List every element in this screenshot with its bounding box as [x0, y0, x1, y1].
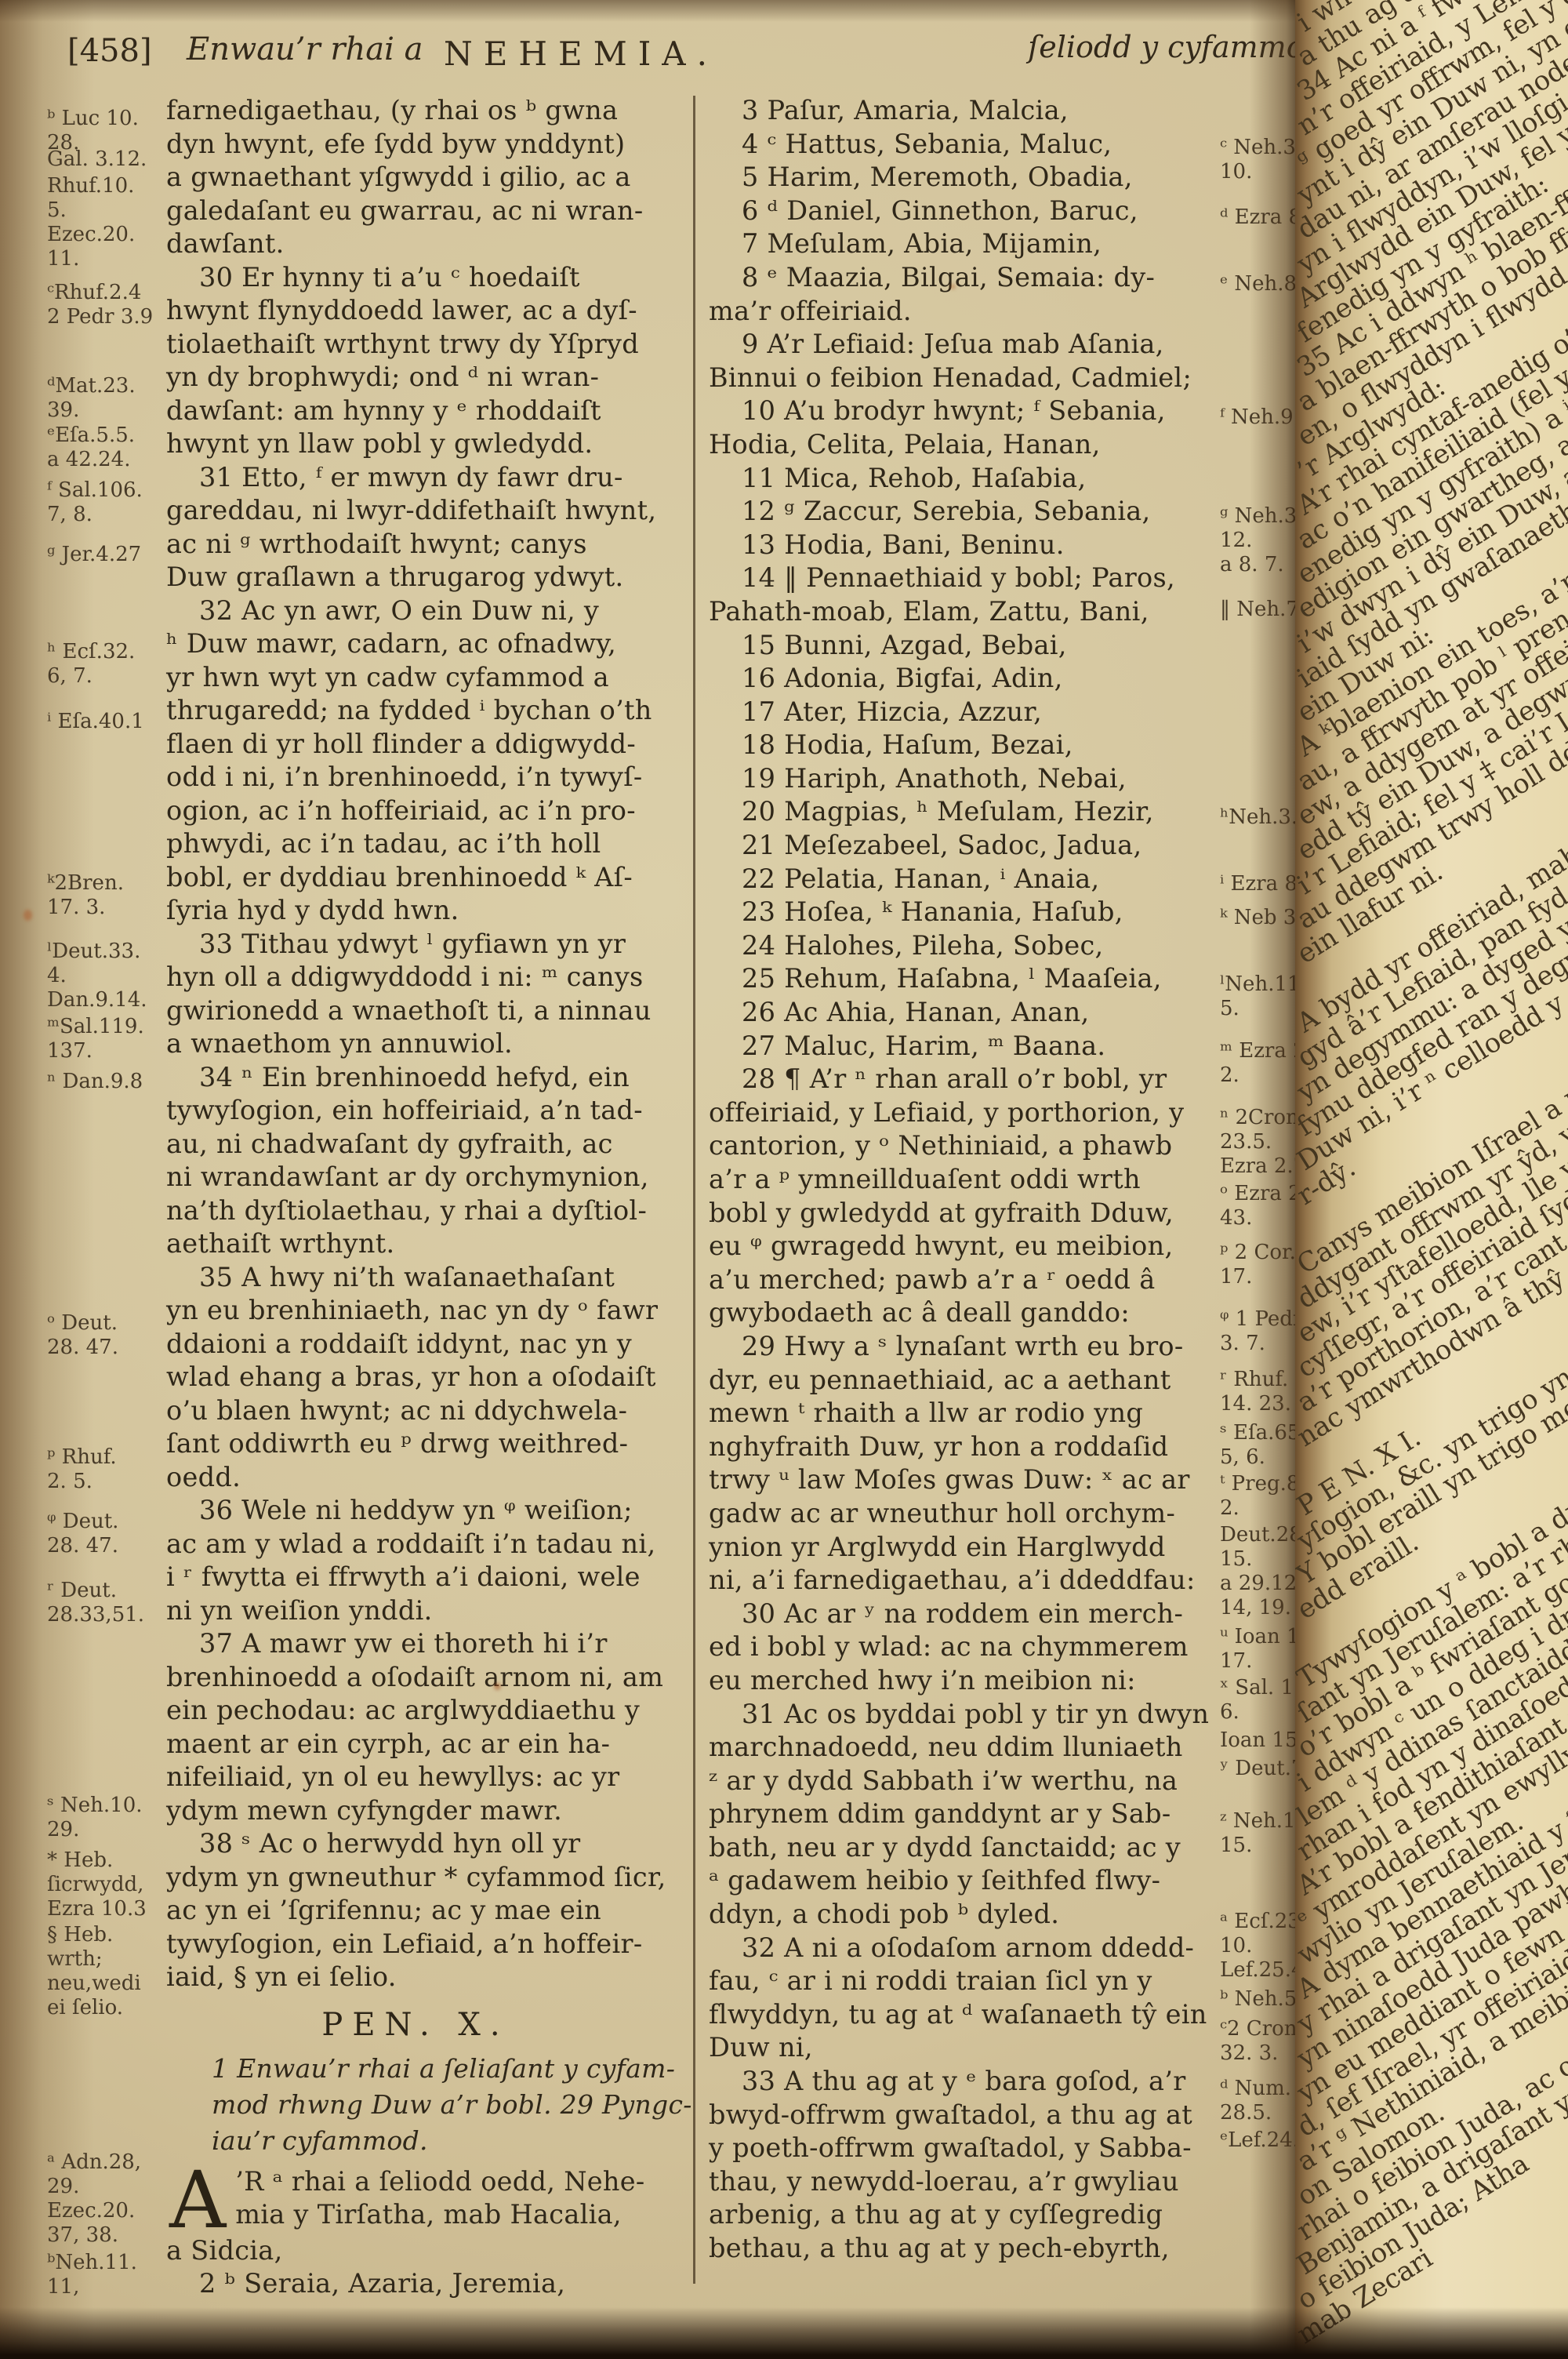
text-line: bwyd-offrwm gwaſtadol, a thu ag at [709, 2099, 1218, 2132]
paper-stain [950, 284, 956, 289]
text-line: 3 Paſur, Amaria, Malcia, [709, 94, 1218, 128]
next-page-curl: i wneuthur * cya thu ag at holl waith tŷ… [1295, 0, 1568, 2359]
chapter-argument: 1 Enwau’r rhai a ſeliaſant y cyfam-mod r… [166, 2051, 696, 2159]
text-line: 17 Ater, Hizcia, Azzur, [709, 696, 1218, 729]
text-line: 21 Meſezabeel, Sadoc, Jadua, [709, 829, 1218, 863]
text-line: maent ar ein cyrph, ac ar ein ha- [166, 1728, 696, 1761]
text-line: trwy ᵘ law Moſes gwas Duw: ˣ ac ar [709, 1463, 1218, 1497]
text-line: 38 ˢ Ac o herwydd hyn oll yr [166, 1827, 696, 1861]
text-line: 15 Bunni, Azgad, Bebai, [709, 629, 1218, 663]
text-line: bobl y gwledydd at gyfraith Dduw, [709, 1197, 1218, 1230]
text-line: bobl, er dyddiau brenhinoedd ᵏ Aſ- [166, 861, 696, 895]
text-line: 33 Tithau ydwyt ˡ gyfiawn yn yr [166, 928, 696, 961]
text-line: ᶻ ar y dydd Sabbath i’w werthu, na [709, 1765, 1218, 1798]
text-line: galedaſant eu gwarrau, ac ni wran- [166, 194, 696, 228]
text-line: na’th dyſtiolaethau, y rhai a dyſtiol- [166, 1194, 696, 1228]
text-line: 30 Ac ar ʸ na roddem ein merch- [709, 1598, 1218, 1631]
margin-note: ʳ Deut. 28.33,51. [47, 1579, 180, 1627]
text-line: 32 Ac yn awr, O ein Duw ni, y [166, 594, 696, 628]
text-line: a gwnaethant yſgwydd i gilio, ac a [166, 161, 696, 194]
margin-note: ˡDeut.33. 4. Dan.9.14. [47, 940, 180, 1012]
margin-note: ᵏ2Bren. 17. 3. [47, 871, 180, 920]
text-line: ac yn ei ’ſgrifennu; ac y mae ein [166, 1894, 696, 1928]
text-line: y poeth-offrwm gwaſtadol, y Sabba- [709, 2132, 1218, 2165]
text-line: offeiriaid, y Lefiaid, y porthorion, y [709, 1096, 1218, 1130]
text-line: 7 Meſulam, Abia, Mijamin, [709, 227, 1218, 261]
scanned-book-spread: [458] Enwau’r rhai a NEHEMIA. ſeliodd y … [0, 0, 1568, 2359]
margin-note: ᵉEſa.5.5. a 42.24. [47, 423, 180, 472]
text-line: 6 ᵈ Daniel, Ginnethon, Baruc, [709, 194, 1218, 228]
text-line: a’r a ᵖ ymneillduaſent oddi wrth [709, 1163, 1218, 1197]
text-line: brenhinoedd a oſodaiſt arnom ni, am [166, 1661, 696, 1695]
text-line: mewn ᵗ rhaith a llw ar rodio yng [709, 1397, 1218, 1430]
drop-cap-lines: ’R ᵃ rhai a ſeliodd oedd, Nehe-mia y Tir… [235, 2165, 644, 2234]
text-line: ’R ᵃ rhai a ſeliodd oedd, Nehe- [235, 2165, 644, 2199]
text-line: 24 Halohes, Pileha, Sobec, [709, 929, 1218, 963]
text-line: 8 ᵉ Maazia, Bilgai, Semaia: dy- [709, 261, 1218, 295]
text-line: ed i bobl y wlad: ac na chymmerem [709, 1630, 1218, 1664]
text-line: 2 ᵇ Seraia, Azaria, Jeremia, [166, 2267, 696, 2301]
page-number: [458] [67, 33, 152, 69]
drop-cap-paragraph: A ’R ᵃ rhai a ſeliodd oedd, Nehe-mia y T… [166, 2165, 696, 2234]
text-line: tywyſogion, ein Lefiaid, a’n hoffeir- [166, 1928, 696, 1961]
text-line: 37 A mawr yw ei thoreth hi i’r [166, 1627, 696, 1661]
left-text-column: farnedigaethau, (y rhai os ᵇ gwnadyn hwy… [166, 94, 696, 2301]
text-line: o’u blaen hwynt; ac ni ddychwela- [166, 1394, 696, 1428]
margin-note: ᵈMat.23. 39. [47, 374, 180, 423]
text-line: nifeiliaid, yn ol eu hewyllys: ac yr [166, 1761, 696, 1794]
text-line: yn dy brophwydi; ond ᵈ ni wran- [166, 361, 696, 394]
text-line: Hodia, Celita, Pelaia, Hanan, [709, 428, 1218, 462]
paper-stain [494, 1683, 501, 1690]
page-crease-shadow [1250, 0, 1295, 2359]
text-line: au, ni chadwaſant dy gyfraith, ac [166, 1128, 696, 1161]
text-line: ma’r offeiriaid. [709, 295, 1218, 329]
argument-line: 1 Enwau’r rhai a ſeliaſant y cyfam- [166, 2051, 696, 2087]
text-line: yn eu brenhiniaeth, nac yn dy ᵒ fawr [166, 1294, 696, 1328]
text-line: 13 Hodia, Bani, Beninu. [709, 529, 1218, 562]
paper-stain [24, 910, 32, 921]
text-line: eu merched hwy i’n meibion ni: [709, 1664, 1218, 1698]
text-line: nghyfraith Duw, yr hon a roddaſid [709, 1430, 1218, 1464]
next-page-text: i wneuthur * cya thu ag at holl waith tŷ… [1300, 8, 1568, 2354]
text-line: 31 Ac os byddai pobl y tir yn dwyn [709, 1698, 1218, 1732]
text-line: dawſant: am hynny y ᵉ rhoddaiſt [166, 394, 696, 428]
text-line: hyn oll a ddigwyddodd i ni: ᵐ canys [166, 961, 696, 994]
text-line: ni wrandawſant ar dy orchymynion, [166, 1161, 696, 1194]
argument-line: iau’r cyfammod. [166, 2123, 696, 2159]
text-line: wlad ehang a bras, yr hon a oſodaiſt [166, 1361, 696, 1394]
text-line: tywyſogion, ein hoffeiriaid, a’n tad- [166, 1094, 696, 1128]
text-line: bath, neu ar y dydd ſanctaidd; ac y [709, 1831, 1218, 1865]
text-line: ydym mewn cyfyngder mawr. [166, 1794, 696, 1828]
text-line: 35 A hwy ni’th waſanaethaſant [166, 1261, 696, 1295]
text-line: 30 Er hynny ti a’u ᶜ hoedaiſt [166, 261, 696, 295]
text-line: ac ni ᵍ wrthodaiſt hwynt; canys [166, 528, 696, 562]
text-line: 9 A’r Lefiaid: Jeſua mab Aſania, [709, 328, 1218, 362]
margin-note: ᵍ Jer.4.27 [47, 543, 180, 567]
text-line: Duw graſlawn a thrugarog ydwyt. [166, 561, 696, 594]
margin-note: ᶜRhuf.2.4 2 Pedr 3.9 [47, 281, 180, 329]
text-line: fau, ᶜ ar i ni roddi traian ſicl yn y [709, 1965, 1218, 1998]
text-line: i ʳ fwytta ei ffrwyth a’i daioni, wele [166, 1561, 696, 1594]
chapter-heading: PEN. X. [166, 2007, 665, 2043]
text-line: thau, y newydd-loerau, a’r gwyliau [709, 2165, 1218, 2199]
text-line: arbenig, a thu ag at y cyſſegredig [709, 2198, 1218, 2232]
book-bottom-edge [0, 2307, 1568, 2359]
text-line: 14 ‖ Pennaethiaid y bobl; Paros, [709, 562, 1218, 595]
text-line: bethau, a thu ag at y pech-ebyrth, [709, 2232, 1218, 2266]
text-line: dyr, eu pennaethiaid, ac a aethant [709, 1364, 1218, 1398]
text-line: 31 Etto, ᶠ er mwyn dy fawr dru- [166, 461, 696, 495]
margin-note: ᵒ Deut. 28. 47. [47, 1311, 180, 1360]
text-line: 4 ᶜ Hattus, Sebania, Maluc, [709, 128, 1218, 162]
text-line: gareddau, ni lwyr-ddifethaiſt hwynt, [166, 494, 696, 528]
text-line: Pahath-moab, Elam, Zattu, Bani, [709, 595, 1218, 629]
text-line: ynion yr Arglwydd ein Harglwydd [709, 1531, 1218, 1565]
text-line: flaen di yr holl flinder a ddigwydd- [166, 728, 696, 761]
text-line: 36 Wele ni heddyw yn ᵠ weiſion; [166, 1494, 696, 1528]
text-line: 28 ¶ A’r ⁿ rhan arall o’r bobl, yr [709, 1063, 1218, 1096]
margin-note: ʰ Ecſ.32. 6, 7. [47, 640, 180, 689]
margin-note: ᵠ Deut. 28. 47. [47, 1510, 180, 1558]
text-line: dyn hwynt, efe ſydd byw ynddynt) [166, 128, 696, 162]
text-line: 23 Hoſea, ᵏ Hanania, Haſub, [709, 896, 1218, 929]
margin-note: ᵐSal.119. 137. [47, 1015, 180, 1063]
book-title: NEHEMIA. [444, 35, 718, 73]
text-line: 33 A thu ag at y ᵉ bara goſod, a’r [709, 2065, 1218, 2099]
text-line: 16 Adonia, Bigfai, Adin, [709, 662, 1218, 696]
text-line: 5 Harim, Meremoth, Obadia, [709, 161, 1218, 194]
text-line: hwynt flynyddoedd lawer, ac a dyſ- [166, 294, 696, 328]
text-line: 20 Magpias, ʰ Meſulam, Hezir, [709, 795, 1218, 829]
drop-cap-letter: A [166, 2165, 235, 2234]
text-line: ein pechodau: ac arglwyddiaethu y [166, 1694, 696, 1728]
text-line: 10 A’u brodyr hwynt; ᶠ Sebania, [709, 394, 1218, 428]
text-line: 26 Ac Ahia, Hanan, Anan, [709, 996, 1218, 1030]
text-line: 34 ⁿ Ein brenhinoedd hefyd, ein [166, 1061, 696, 1095]
text-line: 22 Pelatia, Hanan, ⁱ Anaia, [709, 863, 1218, 896]
text-line: 29 Hwy a ˢ lynaſant wrth eu bro- [709, 1330, 1218, 1364]
text-line: phwydi, ac i’n tadau, ac i’th holl [166, 827, 696, 861]
text-line: eu ᵠ gwragedd hwynt, eu meibion, [709, 1230, 1218, 1263]
text-line: a Sidcia, [166, 2234, 696, 2268]
text-line: cantorion, y ᵒ Nethiniaid, a phawb [709, 1129, 1218, 1163]
margin-note: * Heb. ſicrwydd, Ezra 10.3 [47, 1848, 180, 1921]
margin-note: ᵇNeh.11. 11, [47, 2251, 180, 2299]
text-line: ᵃ gadawem heibio y ſeithfed flwy- [709, 1864, 1218, 1898]
text-line: gwirionedd a wnaethoſt ti, a ninnau [166, 994, 696, 1028]
text-line: ʰ Duw mawr, cadarn, ac ofnadwy, [166, 627, 696, 661]
text-line: ſyria hyd y dydd hwn. [166, 894, 696, 928]
text-line: a wnaethom yn annuwiol. [166, 1027, 696, 1061]
text-line: 27 Maluc, Harim, ᵐ Baana. [709, 1030, 1218, 1063]
margin-note: Ezec.20. 11. [47, 223, 180, 271]
text-line: 12 ᵍ Zaccur, Serebia, Sebania, [709, 495, 1218, 529]
text-line: thrugaredd; na fydded ⁱ bychan o’th [166, 694, 696, 728]
margin-note: ⁿ Dan.9.8 [47, 1070, 180, 1094]
argument-line: mod rhwng Duw a’r bobl. 29 Pyngc- [166, 2087, 696, 2123]
text-line: ddyn, a chodi pob ᵇ dyled. [709, 1898, 1218, 1932]
text-line: phrynem ddim ganddynt ar y Sab- [709, 1797, 1218, 1831]
text-line: 19 Hariph, Anathoth, Nebai, [709, 762, 1218, 796]
text-line: ogion, ac i’n hoffeiriaid, ac i’n pro- [166, 794, 696, 828]
column-divider-rule [693, 96, 695, 2284]
text-line: gadw ac ar wneuthur holl orchym- [709, 1497, 1218, 1531]
text-line: mia y Tirſatha, mab Hacalia, [235, 2198, 644, 2232]
text-line: hwynt yn llaw pobl y gwledydd. [166, 427, 696, 461]
margin-note: § Heb. wrth; neu,wedi ei ſelio. [47, 1923, 180, 2020]
text-line: 11 Mica, Rehob, Haſabia, [709, 462, 1218, 496]
text-line: Binnui o feibion Henadad, Cadmiel; [709, 362, 1218, 395]
left-margin-notes: ᵇ Luc 10. 28.Gal. 3.12.Rhuf.10. 5.Ezec.2… [47, 96, 172, 2359]
text-line: marchnadoedd, neu ddim lluniaeth [709, 1731, 1218, 1765]
text-line: iaid, § yn ei ſelio. [166, 1961, 696, 1994]
text-line: ac am y wlad a roddaiſt i’n tadau ni, [166, 1528, 696, 1561]
margin-note: ᶠ Sal.106. 7, 8. [47, 478, 180, 527]
text-line: aethaiſt wrthynt. [166, 1227, 696, 1261]
margin-note: ˢ Neh.10. 29. [47, 1794, 180, 1842]
text-line: ydym yn gwneuthur * cyfammod ſicr, [166, 1861, 696, 1895]
text-line: 25 Rehum, Haſabna, ˡ Maaſeia, [709, 962, 1218, 996]
text-line: ni, a’i farnedigaethau, a’i ddeddfau: [709, 1564, 1218, 1598]
text-line: odd i ni, i’n brenhinoedd, i’n tywyſ- [166, 761, 696, 794]
text-line: tiolaethaiſt wrthynt trwy dy Yſpryd [166, 328, 696, 362]
right-text-column: 3 Paſur, Amaria, Malcia,4 ᶜ Hattus, Seba… [709, 94, 1218, 2266]
margin-note: ᵖ Rhuf. 2. 5. [47, 1445, 180, 1494]
margin-note: Rhuf.10. 5. [47, 174, 180, 223]
text-line: 18 Hodia, Haſum, Bezai, [709, 729, 1218, 762]
verse-lines: farnedigaethau, (y rhai os ᵇ gwnadyn hwy… [166, 94, 696, 1994]
text-line: yr hwn wyt yn cadw cyfammod a [166, 661, 696, 695]
running-head-left: Enwau’r rhai a [187, 31, 423, 67]
book-page: [458] Enwau’r rhai a NEHEMIA. ſeliodd y … [0, 0, 1568, 2359]
tail-lines: a Sidcia,2 ᵇ Seraia, Azaria, Jeremia, [166, 2234, 696, 2301]
text-line: ni yn weiſion ynddi. [166, 1594, 696, 1628]
text-line: a’u merched; pawb a’r a ʳ oedd â [709, 1263, 1218, 1297]
text-line: oedd. [166, 1461, 696, 1495]
text-line: ddaioni a roddaiſt iddynt, nac yn y [166, 1328, 696, 1361]
text-line: gwybodaeth ac â deall ganddo: [709, 1296, 1218, 1330]
text-line: farnedigaethau, (y rhai os ᵇ gwna [166, 94, 696, 128]
text-line: flwyddyn, tu ag at ᵈ waſanaeth tŷ ein [709, 1998, 1218, 2032]
text-line: Duw ni, [709, 2031, 1218, 2065]
margin-note: ᵃ Adn.28, 29. Ezec.20. 37, 38. [47, 2150, 180, 2248]
margin-note: Gal. 3.12. [47, 147, 180, 172]
margin-note: ⁱ Eſa.40.1 [47, 710, 180, 734]
text-line: dawſant. [166, 227, 696, 261]
text-line: 32 A ni a oſodaſom arnom ddedd- [709, 1932, 1218, 1965]
text-line: ſant oddiwrth eu ᵖ drwg weithred- [166, 1427, 696, 1461]
